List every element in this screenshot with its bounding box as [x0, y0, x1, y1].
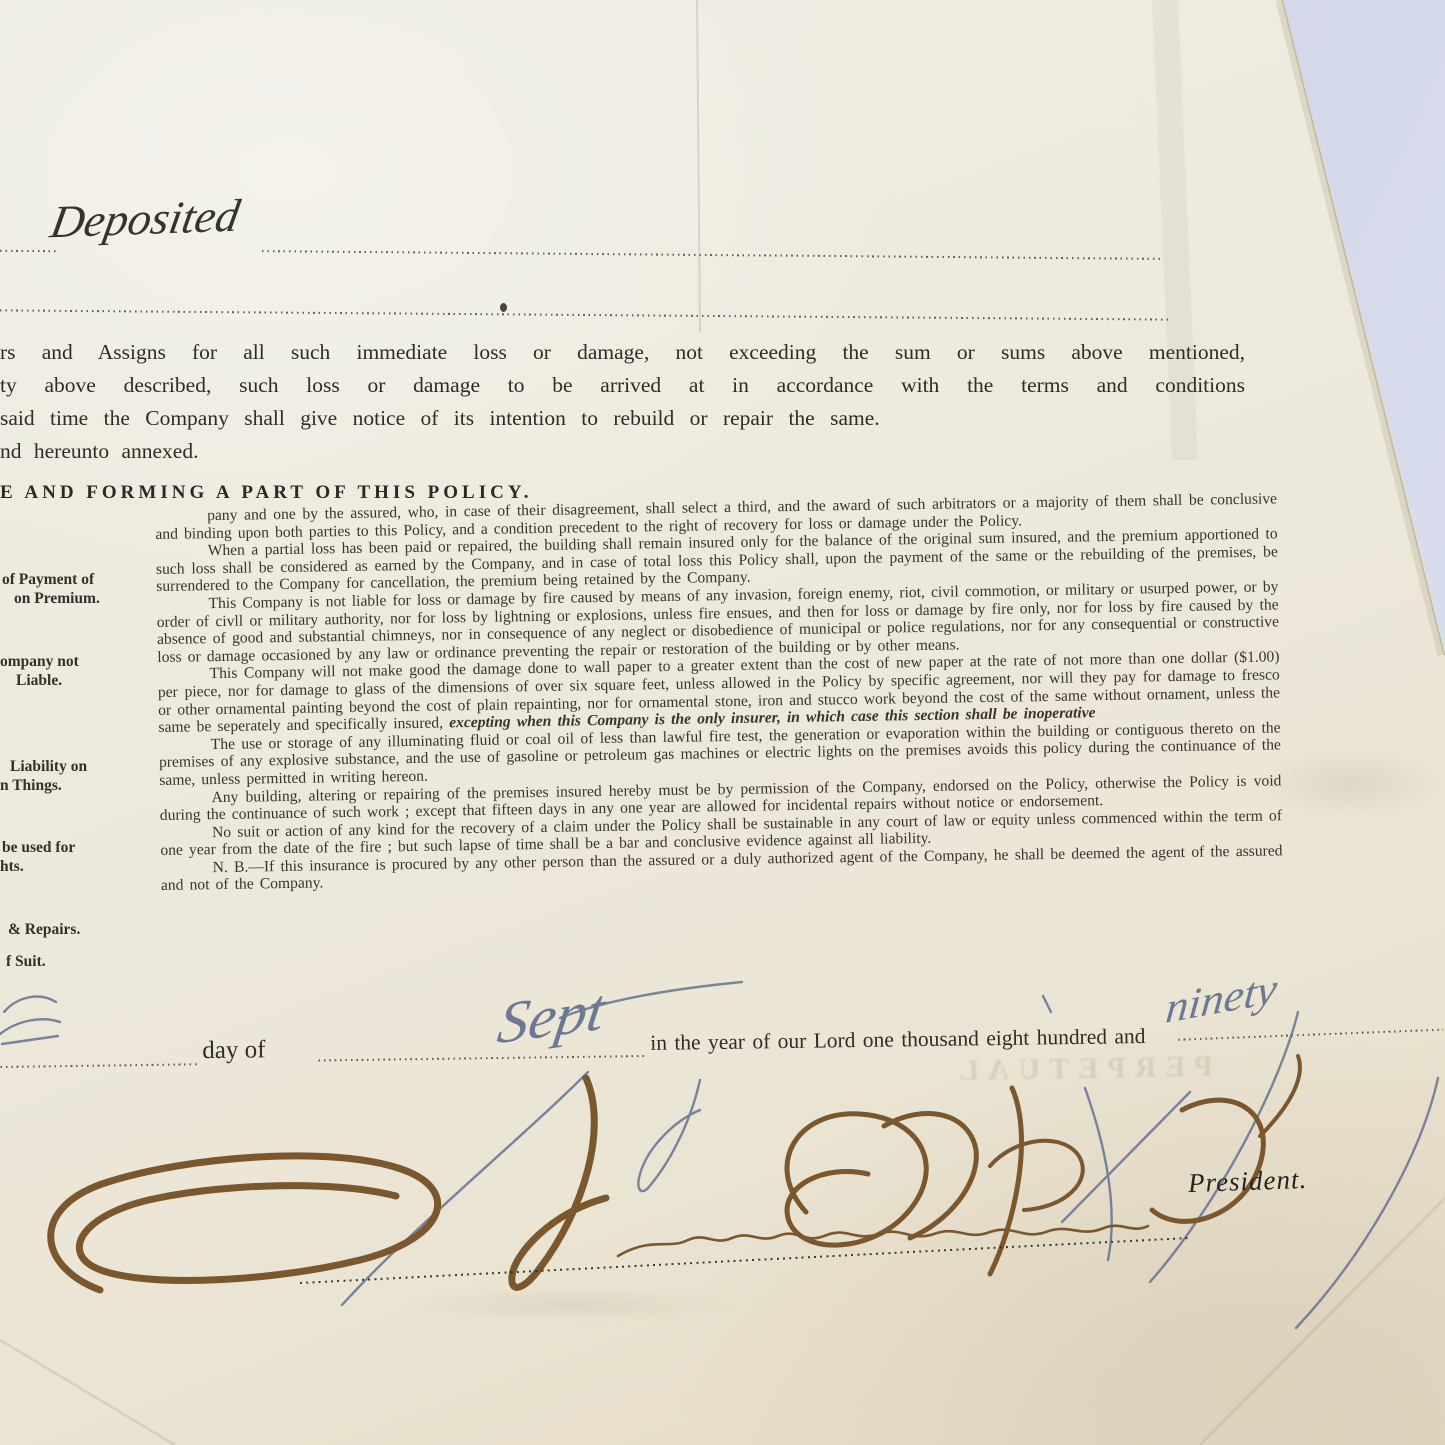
- paper-creases: [0, 0, 1445, 1445]
- document-paper: Deposited rs and Assigns for all such im…: [0, 0, 1445, 1445]
